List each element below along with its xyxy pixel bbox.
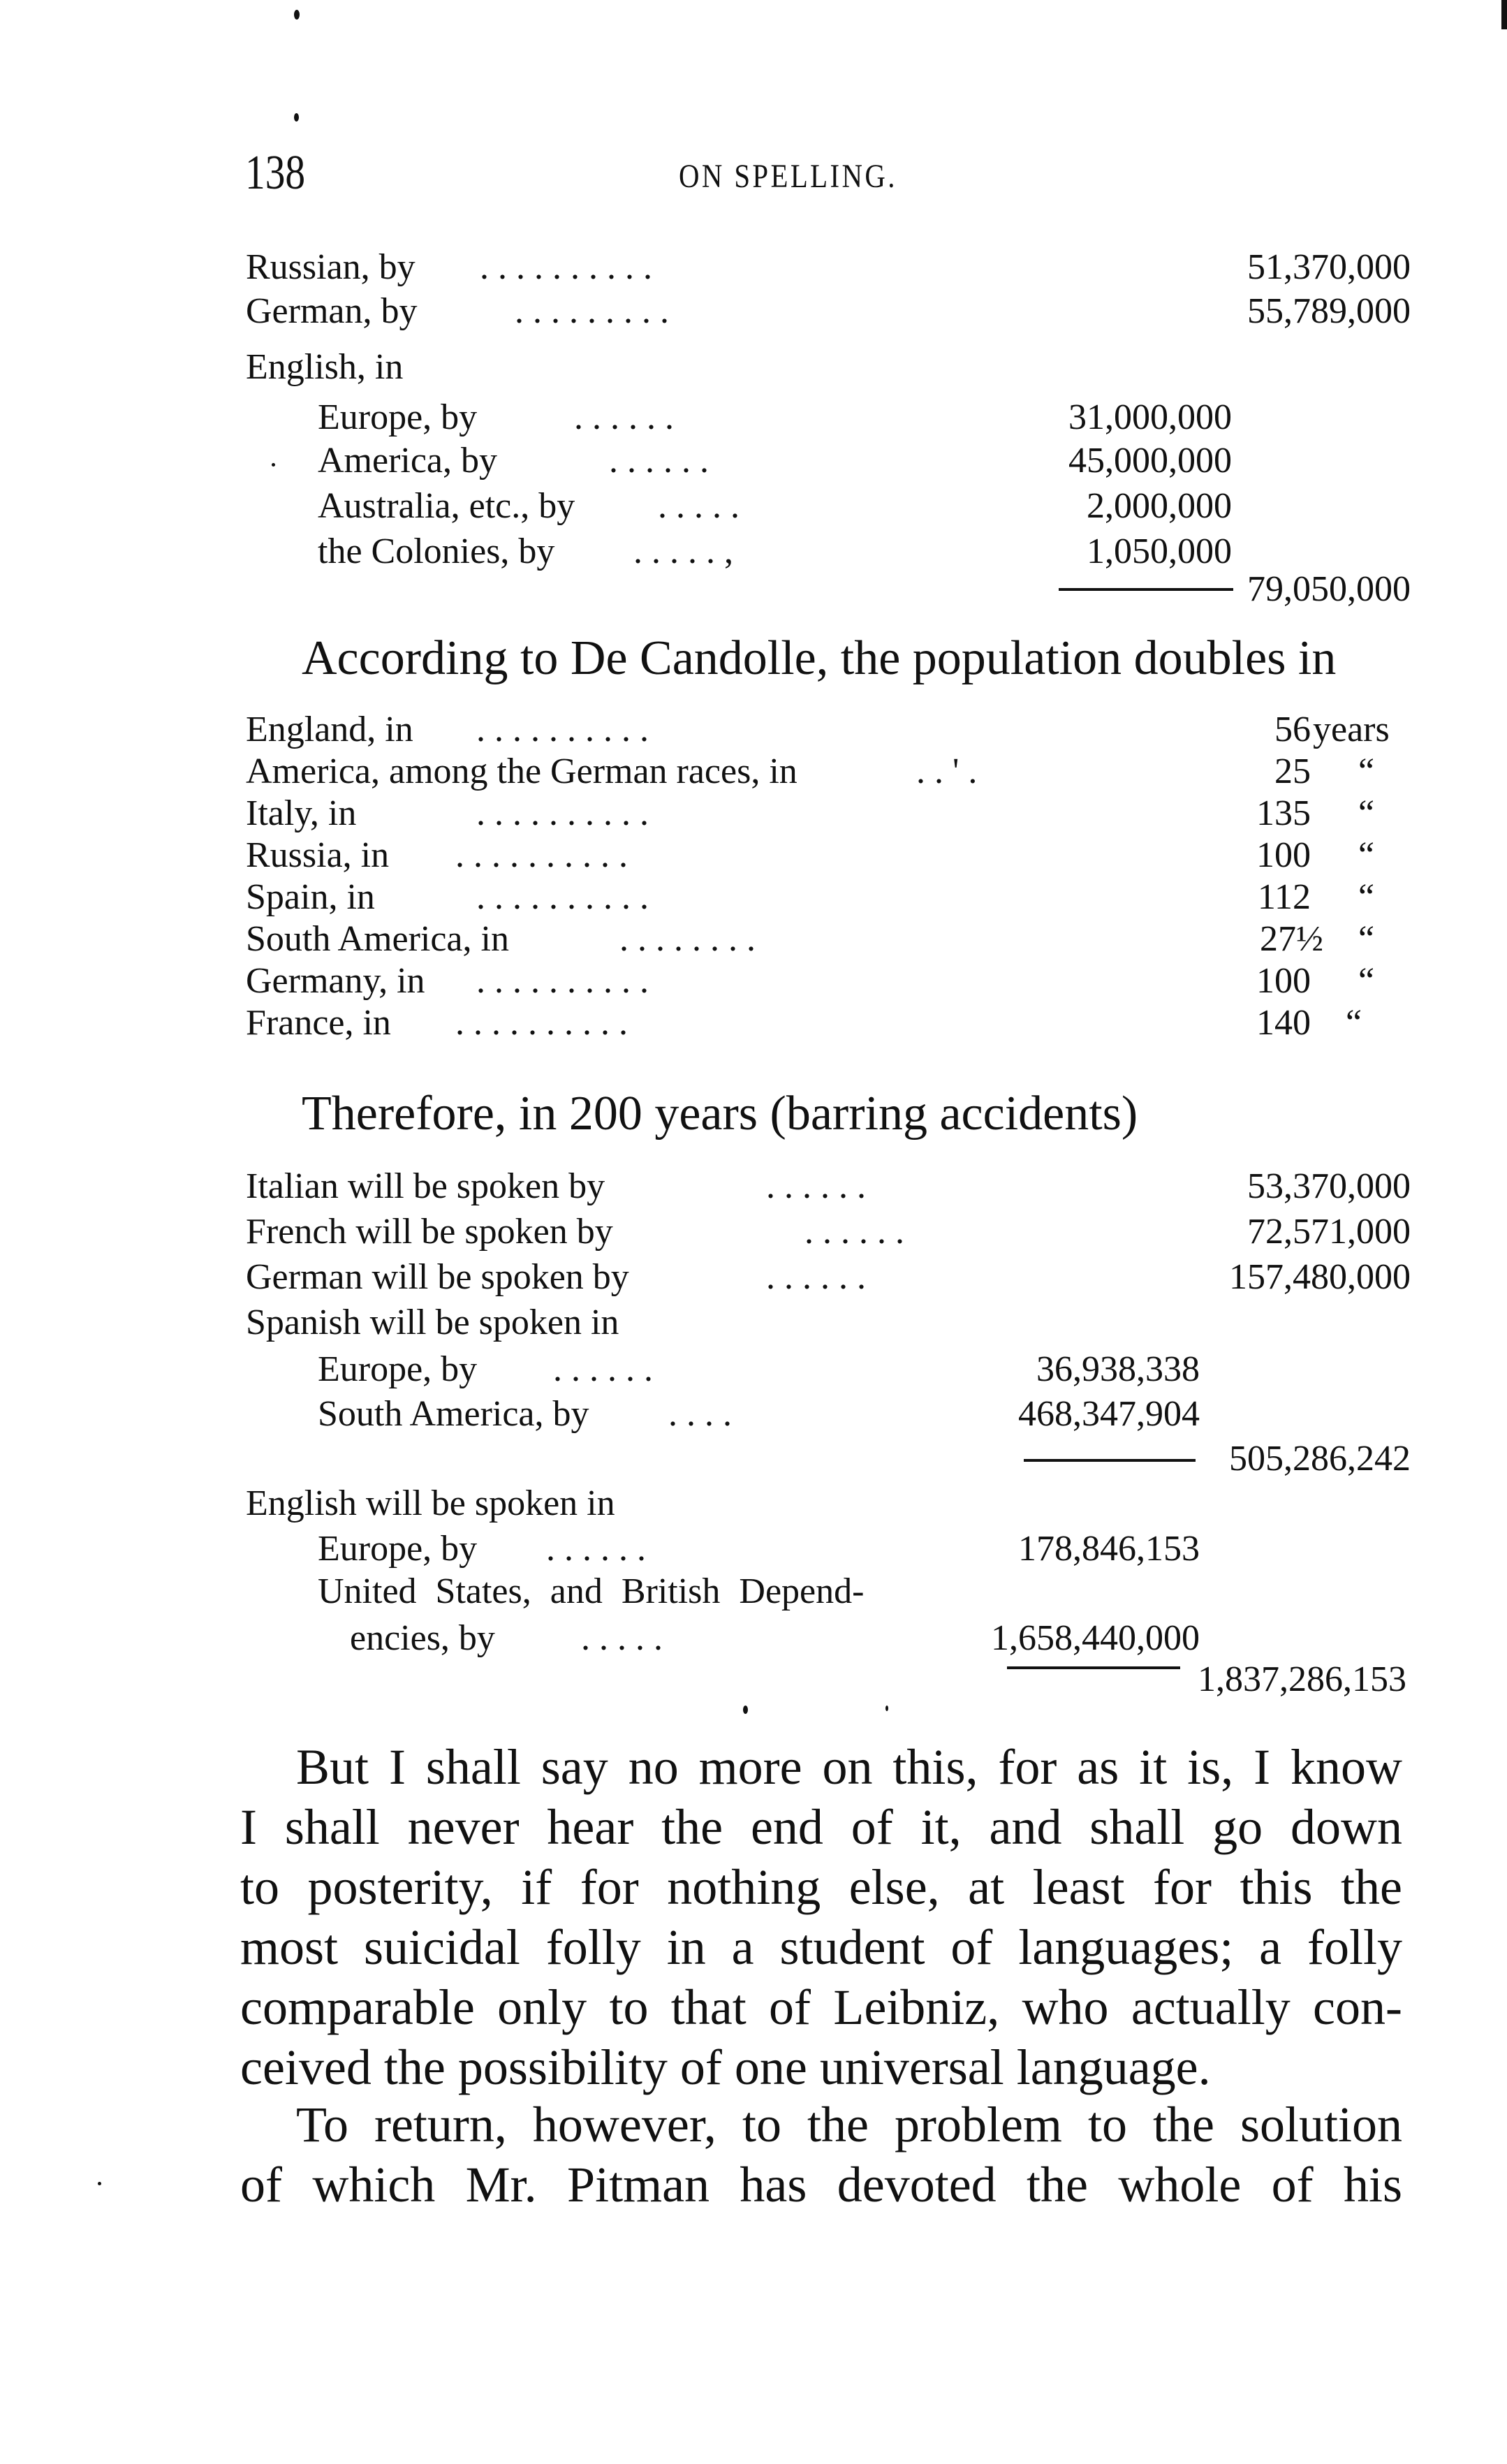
row-value: 100 [1256,837,1311,874]
row-label: England, in [246,712,413,748]
table-row: Russia, in . . . . . . . . . . 100 “ [246,837,1411,879]
english-total: 1,837,286,153 [1198,1662,1406,1698]
row-subvalue: 45,000,000 [1068,443,1232,479]
book-page: 138 ON SPELLING. Russian, by . . . . . .… [0,0,1507,2464]
dot-leader: . . . . . . . . . . [476,963,649,999]
scan-speck [885,1706,888,1711]
table-row: Spain, in . . . . . . . . . . 112 “ [246,879,1411,921]
row-subvalue: 468,347,904 [1018,1396,1200,1432]
dot-leader: . . . . . . [609,443,709,479]
body-paragraph: But I shall say no more on this, for as … [240,1737,1402,2097]
row-label: Australia, etc., by [318,488,575,525]
row-label: Spanish will be spoken in [246,1305,619,1341]
row-unit: “ [1358,795,1374,832]
row-label: Russian, by [246,249,416,286]
table-row: South America, by . . . . 468,347,904 [246,1396,1411,1438]
table-row: German, by . . . . . . . . . 55,789,000 [246,293,1411,335]
table-row: Europe, by . . . . . . 31,000,000 [246,399,1411,441]
table-row: Germany, in . . . . . . . . . . 100 “ [246,963,1411,1005]
dot-leader: . . . . . , [633,534,733,570]
text-line: To return, however, to the problem to th… [240,2095,1402,2155]
row-value: 112 [1258,879,1311,916]
dot-leader: . . . . . . . . . . [480,249,652,286]
table-row: German will be spoken by . . . . . . 157… [246,1259,1411,1301]
row-label: Europe, by [318,1351,477,1388]
row-value: 157,480,000 [1229,1259,1411,1296]
english-total: 79,050,000 [1247,571,1411,608]
row-label: Europe, by [318,399,477,436]
row-label: Italy, in [246,795,356,832]
row-subvalue: 1,050,000 [1087,534,1232,570]
table-total-row: 1,837,286,153 [246,1662,1411,1703]
page-number: 138 [245,149,305,198]
row-unit: “ [1358,963,1374,999]
row-value: 53,370,000 [1247,1168,1411,1205]
row-label: English will be spoken in [246,1486,615,1522]
table-row: Italian will be spoken by . . . . . . 53… [246,1168,1411,1210]
dot-leader: . . . . . . . . . [515,293,669,330]
row-label: France, in [246,1005,391,1041]
table-row: encies, by . . . . . 1,658,440,000 [246,1620,1411,1662]
row-value: 135 [1256,795,1311,832]
dot-leader: . . . . . . . . . . [476,795,649,832]
dot-leader: . . . . . . [546,1531,646,1567]
dot-leader: . . . . . . . . . . [455,837,628,874]
dot-leader: . . . . . . [553,1351,653,1388]
row-unit: “ [1358,879,1374,916]
dot-leader: . . . . . [658,488,740,525]
row-subvalue: 36,938,338 [1036,1351,1200,1388]
row-value: 25 [1274,754,1311,790]
row-label: Germany, in [246,963,425,999]
scan-speck [743,1706,748,1714]
row-subvalue: 178,846,153 [1018,1531,1200,1567]
text-line: most suicidal folly in a student of lang… [240,1917,1402,1977]
scan-speck [98,2182,101,2185]
dot-leader: . . . . . . . . . . [476,712,649,748]
row-label: Europe, by [318,1531,477,1567]
row-label: English, in [246,349,403,386]
row-value: 140 [1256,1005,1311,1041]
page-edge-mark [1501,0,1507,29]
table-row: French will be spoken by . . . . . . 72,… [246,1214,1411,1256]
table-row: Australia, etc., by . . . . . 2,000,000 [246,488,1411,530]
row-label: Russia, in [246,837,389,874]
row-unit: years [1313,712,1390,748]
row-value: 72,571,000 [1247,1214,1411,1250]
text-line: to posterity, if for nothing else, at le… [240,1857,1402,1917]
dot-leader: . . . . . . [804,1214,904,1250]
row-value: 55,789,000 [1247,293,1411,330]
row-label: South America, in [246,921,509,958]
row-label: encies, by [350,1620,495,1657]
table-total-row: 505,286,242 [246,1441,1411,1483]
text-line: of which Mr. Pitman has devoted the whol… [240,2155,1402,2215]
row-label: America, by [318,443,497,479]
dot-leader: . . . . . . . . . . [455,1005,628,1041]
row-label: the Colonies, by [318,534,554,570]
doubling-heading: According to De Candolle, the population… [302,634,1336,683]
row-value: 27½ [1260,921,1323,958]
row-unit: “ [1358,921,1374,958]
table-row: United States, and British Depend- [246,1574,1411,1615]
dot-leader: . . . . . [581,1620,663,1657]
row-subvalue: 31,000,000 [1068,399,1232,436]
row-value: 100 [1256,963,1311,999]
row-label: America, among the German races, in [246,754,797,790]
table-row: Spanish will be spoken in [246,1305,1411,1347]
table-row: America, by . . . . . . 45,000,000 [246,443,1411,485]
table-row: English will be spoken in [246,1486,1411,1527]
row-label: South America, by [318,1396,589,1432]
table-row: America, among the German races, in . . … [246,754,1411,795]
text-line: ceived the possibility of one universal … [240,2037,1402,2097]
scan-speck [294,10,300,20]
table-row: Europe, by . . . . . . 36,938,338 [246,1351,1411,1393]
dot-leader: . . ' . [916,754,977,790]
row-unit: “ [1358,837,1374,874]
row-value: 51,370,000 [1247,249,1411,286]
text-line: comparable only to that of Leibniz, who … [240,1977,1402,2037]
table-row: Europe, by . . . . . . 178,846,153 [246,1531,1411,1573]
dot-leader: . . . . . . . . . . [476,879,649,916]
table-total-row: 79,050,000 [246,571,1411,613]
text-line: I shall never hear the end of it, and sh… [240,1797,1402,1857]
table-row: France, in . . . . . . . . . . 140 “ [246,1005,1411,1047]
dot-leader: . . . . . . . . [619,921,756,958]
table-row: England, in . . . . . . . . . . 56 years [246,712,1411,754]
row-label: Spain, in [246,879,375,916]
table-row: the Colonies, by . . . . . , 1,050,000 [246,534,1411,575]
row-subvalue: 2,000,000 [1087,488,1232,525]
row-subvalue: 1,658,440,000 [991,1620,1200,1657]
row-label: German, by [246,293,417,330]
table-row: South America, in . . . . . . . . 27½ “ [246,921,1411,963]
dot-leader: . . . . . . [766,1168,866,1205]
row-unit: “ [1346,1005,1362,1041]
row-label: Italian will be spoken by [246,1168,605,1205]
table-row: Italy, in . . . . . . . . . . 135 “ [246,795,1411,837]
table-row: Russian, by . . . . . . . . . . 51,370,0… [246,249,1411,291]
row-label: French will be spoken by [246,1214,613,1250]
row-label: United States, and British Depend- [318,1574,864,1610]
row-value: 56 [1274,712,1311,748]
body-paragraph: To return, however, to the problem to th… [240,2095,1402,2215]
projection-heading: Therefore, in 200 years (barring acciden… [302,1090,1138,1138]
dot-leader: . . . . [668,1396,732,1432]
table-row: English, in [246,349,1411,391]
dot-leader: . . . . . . [574,399,674,436]
row-label: German will be spoken by [246,1259,629,1296]
text-line: But I shall say no more on this, for as … [240,1737,1402,1797]
row-unit: “ [1358,754,1374,790]
scan-speck [294,113,299,122]
running-head: ON SPELLING. [679,160,897,193]
dot-leader: . . . . . . [766,1259,866,1296]
spanish-total: 505,286,242 [1229,1441,1411,1477]
